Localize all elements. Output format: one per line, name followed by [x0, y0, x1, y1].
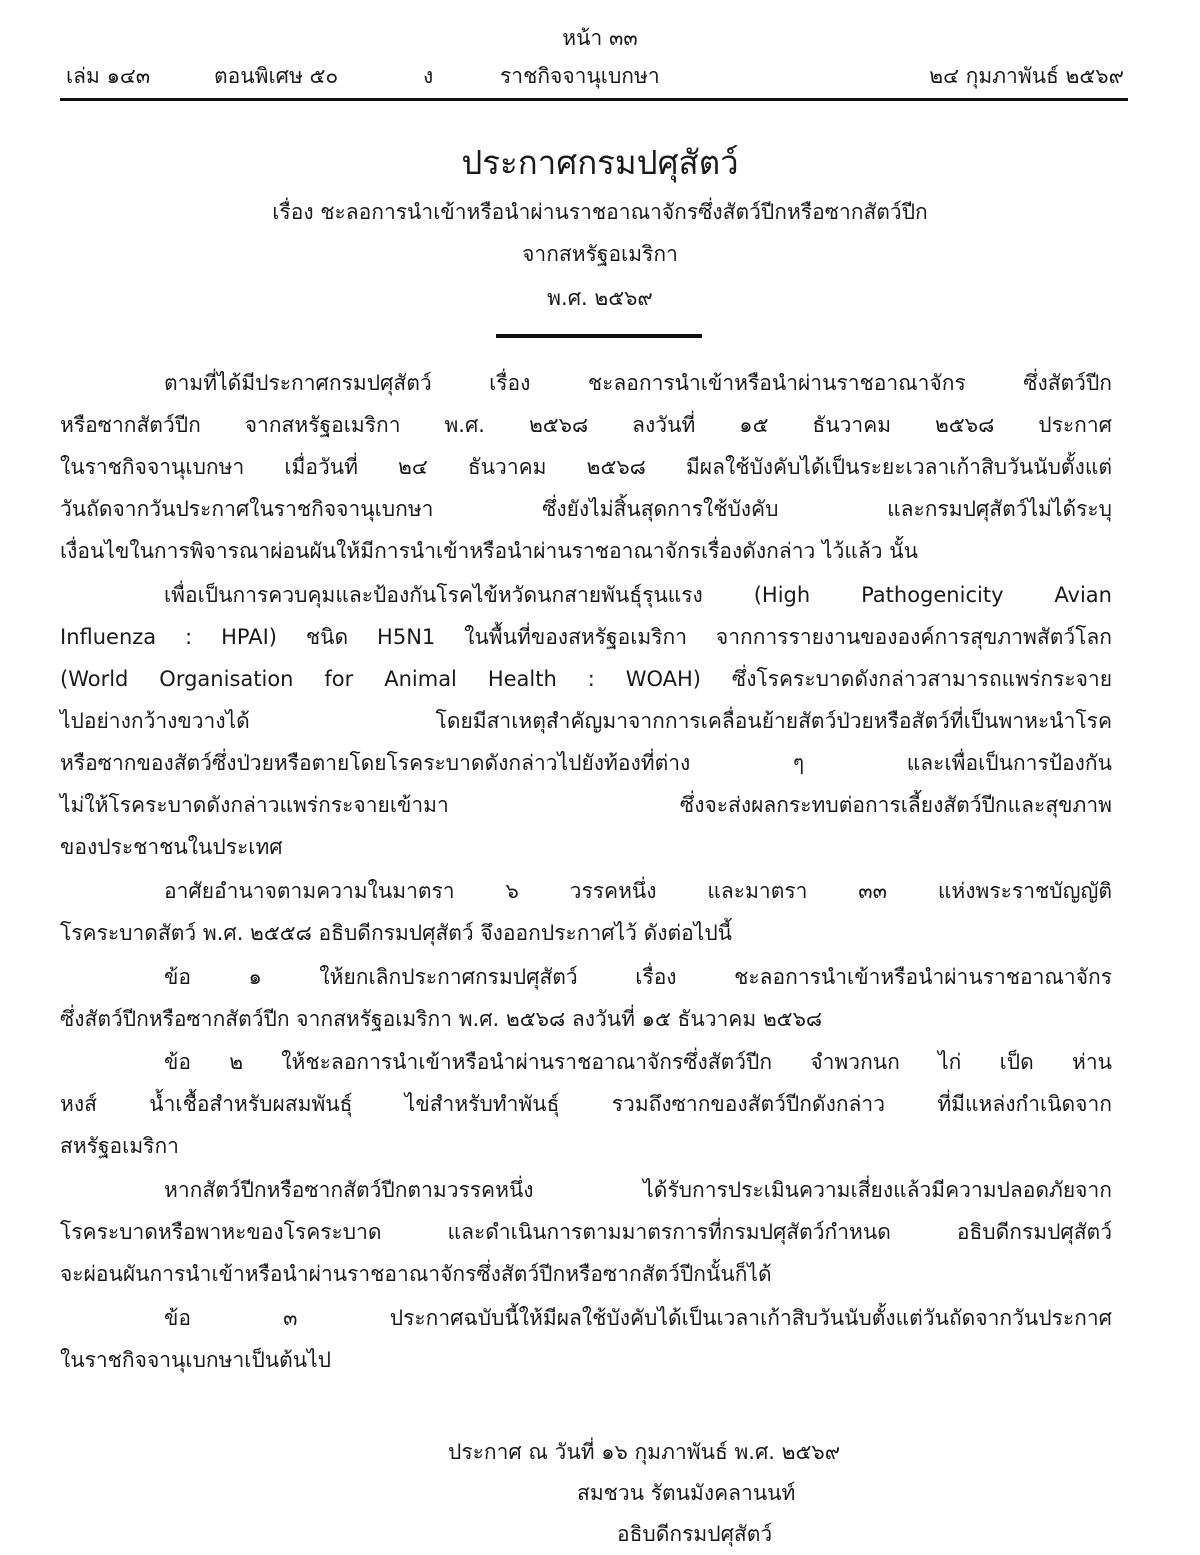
body-line: เงื่อนไขในการพิจารณาผ่อนผันให้มีการนำเข้… [60, 535, 1112, 568]
clause-1-line: ซึ่งสัตว์ปีกหรือซากสัตว์ปีก จากสหรัฐอเมร… [60, 1003, 1112, 1036]
body-line: หรือซากของสัตว์ซึ่งป่วยหรือตายโดยโรคระบา… [60, 747, 1112, 780]
clause-3-line: ในราชกิจจานุเบกษาเป็นต้นไป [60, 1344, 1112, 1377]
clause-2-line: ข้อ ๒ ให้ชะลอการนำเข้าหรือนำผ่านราชอาณาจ… [164, 1046, 1112, 1079]
clause-2-line: โรคระบาดหรือพาหะของโรคระบาด และดำเนินการ… [60, 1216, 1112, 1249]
part-letter: ง [423, 60, 433, 93]
header-divider [60, 98, 1128, 101]
announcement-subject: เรื่อง ชะลอการนำเข้าหรือนำผ่านราชอาณาจัก… [0, 196, 1200, 229]
special-section: ตอนพิเศษ ๕๐ [214, 60, 338, 93]
clause-2-line: หงส์ น้ำเชื้อสำหรับผสมพันธุ์ ไข่สำหรับทำ… [60, 1088, 1112, 1121]
volume-number: เล่ม ๑๔๓ [66, 60, 150, 93]
clause-2-line: หากสัตว์ปีกหรือซากสัตว์ปีกตามวรรคหนึ่ง ไ… [164, 1174, 1112, 1207]
clause-1-line: ข้อ ๑ ให้ยกเลิกประกาศกรมปศุสัตว์ เรื่อง … [164, 961, 1112, 994]
signer-name: สมชวน รัตนมังคลานนท์ [577, 1477, 795, 1510]
body-line: หรือซากสัตว์ปีก จากสหรัฐอเมริกา พ.ศ. ๒๕๖… [60, 409, 1112, 442]
body-line: ไม่ให้โรคระบาดดังกล่าวแพร่กระจายเข้ามา ซ… [60, 789, 1112, 822]
gazette-name: ราชกิจจานุเบกษา [500, 60, 660, 93]
gazette-date: ๒๔ กุมภาพันธ์ ๒๕๖๙ [929, 60, 1124, 93]
announcement-title: ประกาศกรมปศุสัตว์ [0, 136, 1200, 189]
body-line: อาศัยอำนาจตามความในมาตรา ๖ วรรคหนึ่ง และ… [164, 875, 1112, 908]
body-line: (World Organisation for Animal Health : … [60, 663, 1112, 696]
body-line: ในราชกิจจานุเบกษา เมื่อวันที่ ๒๔ ธันวาคม… [60, 451, 1112, 484]
gazette-page: หน้า ๓๓ เล่ม ๑๔๓ ตอนพิเศษ ๕๐ ง ราชกิจจาน… [0, 0, 1200, 1555]
body-line: วันถัดจากวันประกาศในราชกิจจานุเบกษา ซึ่ง… [60, 493, 1112, 526]
body-line: โรคระบาดสัตว์ พ.ศ. ๒๕๕๘ อธิบดีกรมปศุสัตว… [60, 917, 1112, 950]
page-number: หน้า ๓๓ [0, 22, 1200, 55]
body-line: Influenza : HPAI) ชนิด H5N1 ในพื้นที่ของ… [60, 621, 1112, 654]
announcement-subject-cont: จากสหรัฐอเมริกา [0, 238, 1200, 271]
signer-title: อธิบดีกรมปศุสัตว์ [617, 1518, 772, 1551]
announced-date: ประกาศ ณ วันที่ ๑๖ กุมภาพันธ์ พ.ศ. ๒๕๖๙ [448, 1436, 840, 1469]
body-line: เพื่อเป็นการควบคุมและป้องกันโรคไข้หวัดนก… [164, 579, 1112, 612]
announcement-year: พ.ศ. ๒๕๖๙ [0, 282, 1200, 315]
body-line: ตามที่ได้มีประกาศกรมปศุสัตว์ เรื่อง ชะลอ… [164, 367, 1112, 400]
clause-2-line: สหรัฐอเมริกา [60, 1130, 1112, 1163]
gazette-header: เล่ม ๑๔๓ ตอนพิเศษ ๕๐ ง ราชกิจจานุเบกษา ๒… [66, 60, 1124, 94]
clause-3-line: ข้อ ๓ ประกาศฉบับนี้ให้มีผลใช้บังคับได้เป… [164, 1302, 1112, 1335]
title-divider [496, 334, 702, 338]
body-line: ของประชาชนในประเทศ [60, 831, 1112, 864]
clause-2-line: จะผ่อนผันการนำเข้าหรือนำผ่านราชอาณาจักรซ… [60, 1258, 1112, 1291]
body-line: ไปอย่างกว้างขวางได้ โดยมีสาเหตุสำคัญมาจา… [60, 705, 1112, 738]
